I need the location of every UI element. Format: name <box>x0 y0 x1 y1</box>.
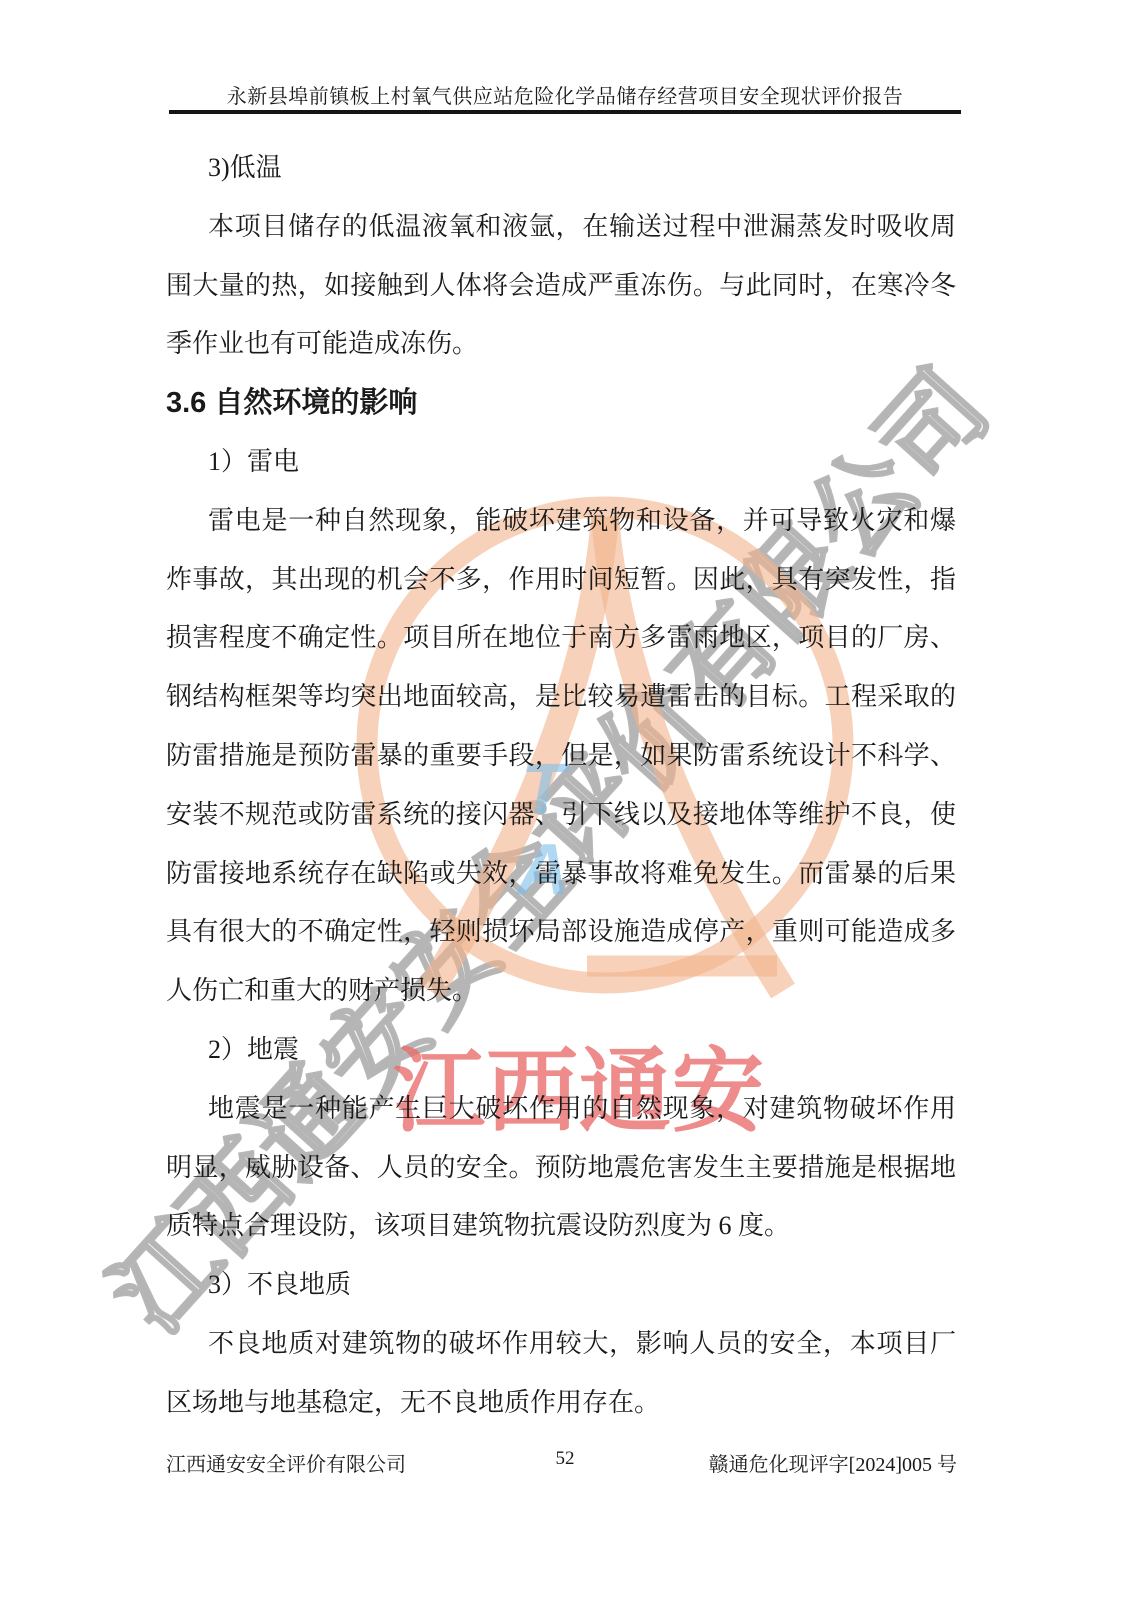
text-line: 具有很大的不确定性，轻则损坏局部设施造成停产，重则可能造成多 <box>166 903 956 962</box>
text-line: 地震是一种能产生巨大破坏作用的自然现象，对建筑物破坏作用 <box>166 1080 956 1139</box>
text-line: 防雷接地系统存在缺陷或失效，雷暴事故将难免发生。而雷暴的后果 <box>166 845 956 904</box>
page-footer: 江西通安安全评价有限公司 52 赣通危化现评字[2024]005 号 <box>0 1448 1131 1488</box>
text-line: 季作业也有可能造成冻伤。 <box>166 315 956 374</box>
text-line: 质特点合理设防，该项目建筑物抗震设防烈度为 6 度。 <box>166 1197 956 1256</box>
text-line: 人伤亡和重大的财产损失。 <box>166 962 956 1021</box>
text-line: 雷电是一种自然现象，能破坏建筑物和设备，并可导致火灾和爆 <box>166 492 956 551</box>
text-line: 安装不规范或防雷系统的接闪器、引下线以及接地体等维护不良，使 <box>166 786 956 845</box>
text-line: 明显，威胁设备、人员的安全。预防地震危害发生主要措施是根据地 <box>166 1139 956 1198</box>
text-line: 防雷措施是预防雷暴的重要手段，但是，如果防雷系统设计不科学、 <box>166 727 956 786</box>
section-heading: 3.6 自然环境的影响 <box>166 374 956 433</box>
text-line: 2）地震 <box>166 1021 956 1080</box>
text-line: 3）不良地质 <box>166 1256 956 1315</box>
page-header-title: 永新县埠前镇板上村氧气供应站危险化学品储存经营项目安全现状评价报告 <box>169 80 961 109</box>
text-line: 3)低温 <box>166 139 956 198</box>
text-line: 损害程度不确定性。项目所在地位于南方多雷雨地区，项目的厂房、 <box>166 609 956 668</box>
text-line: 区场地与地基稳定，无不良地质作用存在。 <box>166 1374 956 1433</box>
report-page: 江西通安安全评价有限公司 T A 江西通安 永新县埠前镇板上村氧气供应站危险化学… <box>0 0 1131 1600</box>
text-line: 不良地质对建筑物的破坏作用较大，影响人员的安全，本项目厂 <box>166 1315 956 1374</box>
text-line: 炸事故，其出现的机会不多，作用时间短暂。因此，具有突发性，指 <box>166 551 956 610</box>
text-line: 1）雷电 <box>166 433 956 492</box>
text-line: 本项目储存的低温液氧和液氩，在输送过程中泄漏蒸发时吸收周 <box>166 198 956 257</box>
text-line: 围大量的热，如接触到人体将会造成严重冻伤。与此同时，在寒冷冬 <box>166 257 956 316</box>
text-line: 钢结构框架等均突出地面较高，是比较易遭雷击的目标。工程采取的 <box>166 668 956 727</box>
footer-doc-number: 赣通危化现评字[2024]005 号 <box>709 1448 957 1477</box>
header-rule <box>169 110 961 114</box>
document-body: 3)低温本项目储存的低温液氧和液氩，在输送过程中泄漏蒸发时吸收周围大量的热，如接… <box>166 139 956 1433</box>
